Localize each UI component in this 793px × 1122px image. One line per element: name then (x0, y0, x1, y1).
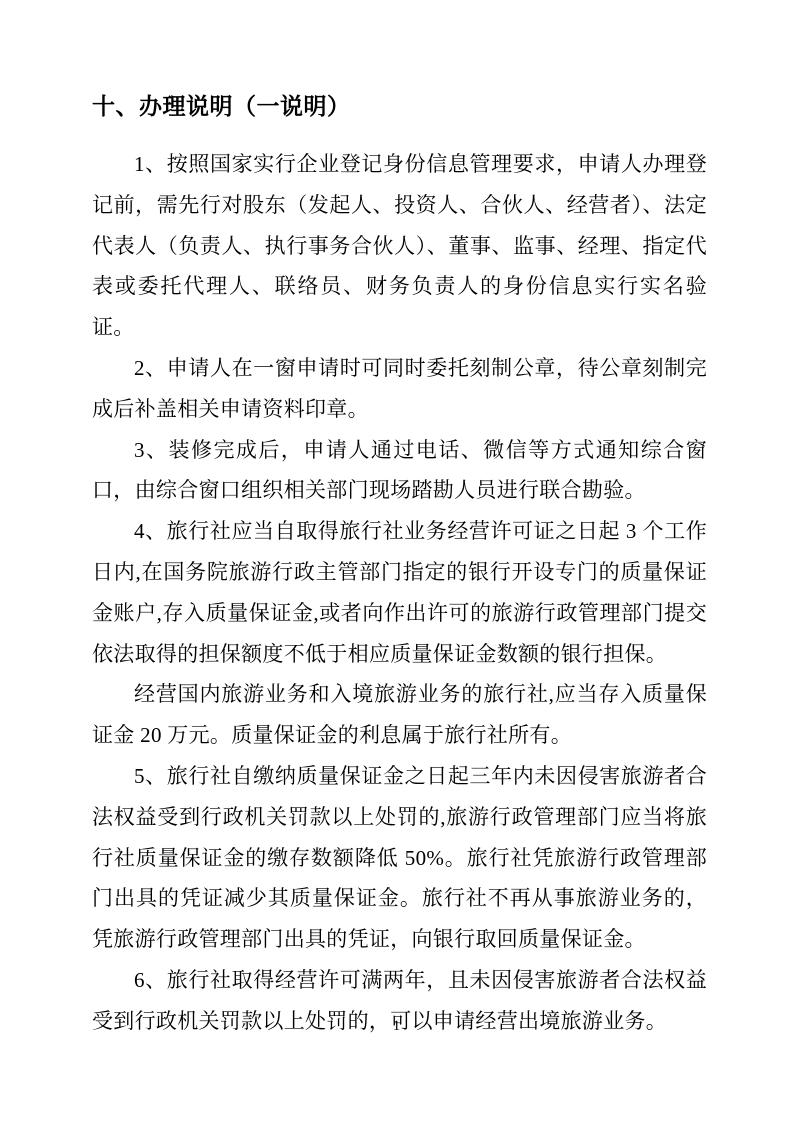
document-content: 十、办理说明（一说明） 1、按照国家实行企业登记身份信息管理要求，申请人办理登记… (92, 90, 707, 1042)
paragraph: 1、按照国家实行企业登记身份信息管理要求，申请人办理登记前，需先行对股东（发起人… (92, 144, 707, 348)
section-title: 十、办理说明（一说明） (92, 90, 707, 122)
paragraph: 2、申请人在一窗申请时可同时委托刻制公章，待公章刻制完成后补盖相关申请资料印章。 (92, 348, 707, 430)
page-number: 1 (0, 1018, 793, 1035)
document-page: 十、办理说明（一说明） 1、按照国家实行企业登记身份信息管理要求，申请人办理登记… (0, 0, 793, 1122)
paragraph: 4、旅行社应当自取得旅行社业务经营许可证之日起 3 个工作日内,在国务院旅游行政… (92, 511, 707, 674)
paragraph: 3、装修完成后，申请人通过电话、微信等方式通知综合窗口，由综合窗口组织相关部门现… (92, 430, 707, 512)
paragraph: 5、旅行社自缴纳质量保证金之日起三年内未因侵害旅游者合法权益受到行政机关罚款以上… (92, 756, 707, 960)
paragraph: 经营国内旅游业务和入境旅游业务的旅行社,应当存入质量保证金 20 万元。质量保证… (92, 674, 707, 756)
